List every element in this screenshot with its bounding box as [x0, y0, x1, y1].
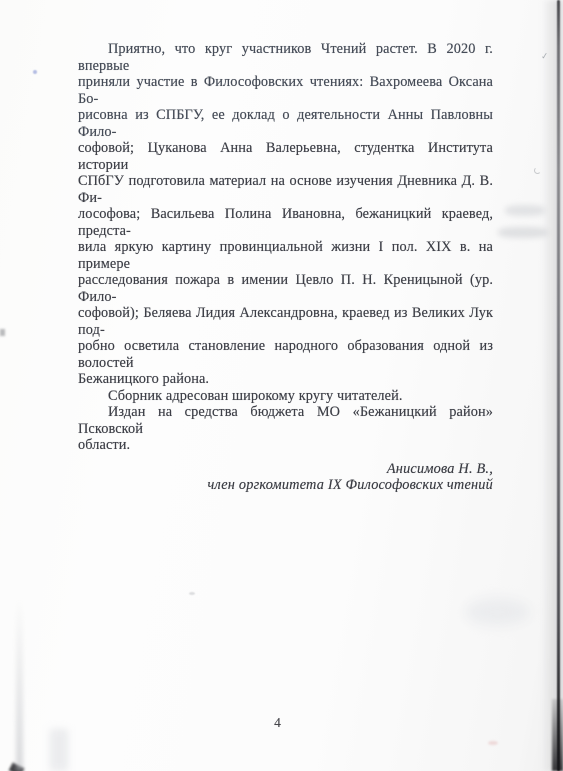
paragraph-2: Сборник адресован широкому кругу читател…	[78, 388, 493, 405]
scan-left-streak	[16, 598, 23, 771]
signature-role: член оргкомитета IX Философовских чтений	[78, 477, 493, 494]
para1-line-6: лософова; Васильева Полина Ивановна, беж…	[78, 206, 493, 239]
para2-line-1: Сборник адресован широкому кругу читател…	[78, 388, 493, 405]
para1-line-4: софовой; Цуканова Анна Валерьевна, студе…	[78, 140, 493, 173]
para1-line-8: расследования пожара в имении Цевло П. Н…	[78, 272, 493, 305]
signature-block: Анисимова Н. В., член оргкомитета IX Фил…	[78, 461, 493, 494]
para1-line-11: Бежаницкого района.	[78, 371, 493, 388]
scan-edge-bottom-band	[552, 699, 563, 771]
para1-line-10: робно осветила становление народного обр…	[78, 338, 493, 371]
scan-bleed-smudge-2	[498, 227, 548, 238]
page-number: 4	[0, 715, 555, 731]
scan-bleed-smudge-1	[505, 205, 545, 216]
paragraph-1: Приятно, что круг участников Чтений раст…	[78, 41, 493, 388]
scan-left-edge-nick	[0, 329, 5, 336]
para3-line-2: области.	[78, 437, 493, 454]
scan-bleed-smudge-3	[465, 598, 530, 626]
scan-speck-check: ✓	[540, 51, 549, 63]
scan-speck-curl	[534, 167, 541, 174]
signature-name: Анисимова Н. В.,	[78, 461, 493, 478]
para1-line-3: рисовна из СПБГУ, ее доклад о деятельнос…	[78, 107, 493, 140]
paragraph-3: Издан на средства бюджета МО «Бежаницкий…	[78, 404, 493, 454]
para1-line-2: приняли участие в Философовских чтениях:…	[78, 74, 493, 107]
body-text: Приятно, что круг участников Чтений раст…	[78, 41, 493, 494]
scanned-document-page: Приятно, что круг участников Чтений раст…	[0, 0, 563, 771]
scan-corner-mark	[9, 762, 25, 771]
scan-edge-shadow	[541, 0, 563, 771]
scan-speck-blue	[33, 70, 37, 74]
scan-speck-pink	[488, 741, 498, 745]
para3-line-1: Издан на средства бюджета МО «Бежаницкий…	[78, 404, 493, 437]
scan-edge-line	[557, 0, 561, 771]
para1-line-1: Приятно, что круг участников Чтений раст…	[78, 41, 493, 74]
para1-line-5: СПбГУ подготовила материал на основе изу…	[78, 173, 493, 206]
para1-line-7: вила яркую картину провинциальной жизни …	[78, 239, 493, 272]
scan-speck-gray	[189, 592, 195, 595]
para1-line-9: софовой); Беляева Лидия Александровна, к…	[78, 305, 493, 338]
scan-left-streak-faint	[50, 729, 68, 771]
